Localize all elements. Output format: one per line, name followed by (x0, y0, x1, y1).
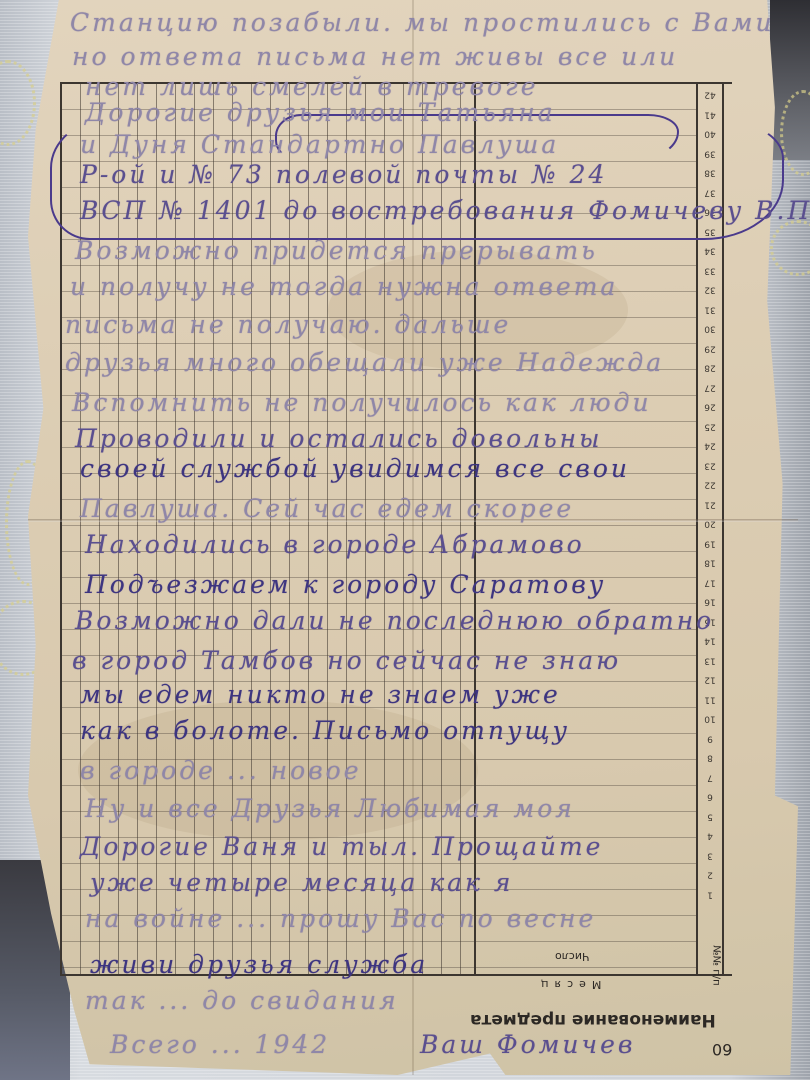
handwritten-line: в городе ... новое (80, 756, 362, 785)
handwritten-line: так ... до свидания (85, 986, 399, 1015)
handwritten-line: Всего ... 1942 (110, 1030, 330, 1059)
handwritten-text: Станцию позабыли. мы простились с Вами н… (0, 0, 810, 1080)
handwritten-line: Ну и все Друзья Любимая моя (85, 794, 575, 823)
handwritten-line: Возможно придется прерывать (75, 236, 598, 265)
handwritten-line: Подъезжаем к городу Саратову (85, 570, 606, 599)
handwritten-line: Проводили и остались довольны (75, 424, 603, 453)
handwritten-line: Вспомнить не получилось как люди (72, 388, 652, 417)
handwritten-line: на войне ... прошу Вас по весне (85, 904, 596, 933)
handwritten-line: живи друзья служба (90, 950, 428, 979)
handwritten-line: Возможно дали не последнюю обратно (75, 606, 714, 635)
handwritten-line: Станцию позабыли. мы простились с Вами (70, 8, 775, 37)
handwritten-line: друзья много обещали уже Надежда (65, 348, 664, 377)
handwritten-line: мы едем никто не знаем уже (80, 680, 561, 709)
handwritten-line: своей службой увидимся все свои (80, 454, 630, 483)
handwritten-line: в город Тамбов но сейчас не знаю (72, 646, 621, 675)
handwritten-line: Р-ой и № 73 полевой почты № 24 (80, 160, 607, 189)
handwritten-line: нет лишь смелей в тревоге (85, 72, 539, 101)
handwritten-line: Дорогие друзья мои Татьяна (85, 98, 556, 127)
handwritten-line: Павлуша. Сей час едем скорее (80, 494, 574, 523)
handwritten-line: письма не получаю. дальше (65, 310, 511, 339)
handwritten-line: ВСП № 1401 до востребования Фомичеву В.П… (80, 196, 810, 225)
handwritten-line: Дорогие Ваня и тыл. Прощайте (80, 832, 603, 861)
handwritten-line: как в болоте. Письмо отпущу (80, 716, 570, 745)
handwritten-line: и получу не тогда нужна ответа (70, 272, 618, 301)
handwritten-line: уже четыре месяца как я (90, 868, 513, 897)
handwritten-line: но ответа письма нет живы все или (72, 42, 678, 71)
handwritten-line: Находились в городе Абрамово (85, 530, 585, 559)
handwritten-line: и Дуня Стандартно Павлуша (80, 130, 559, 159)
handwritten-signature: Ваш Фомичев (420, 1030, 635, 1059)
